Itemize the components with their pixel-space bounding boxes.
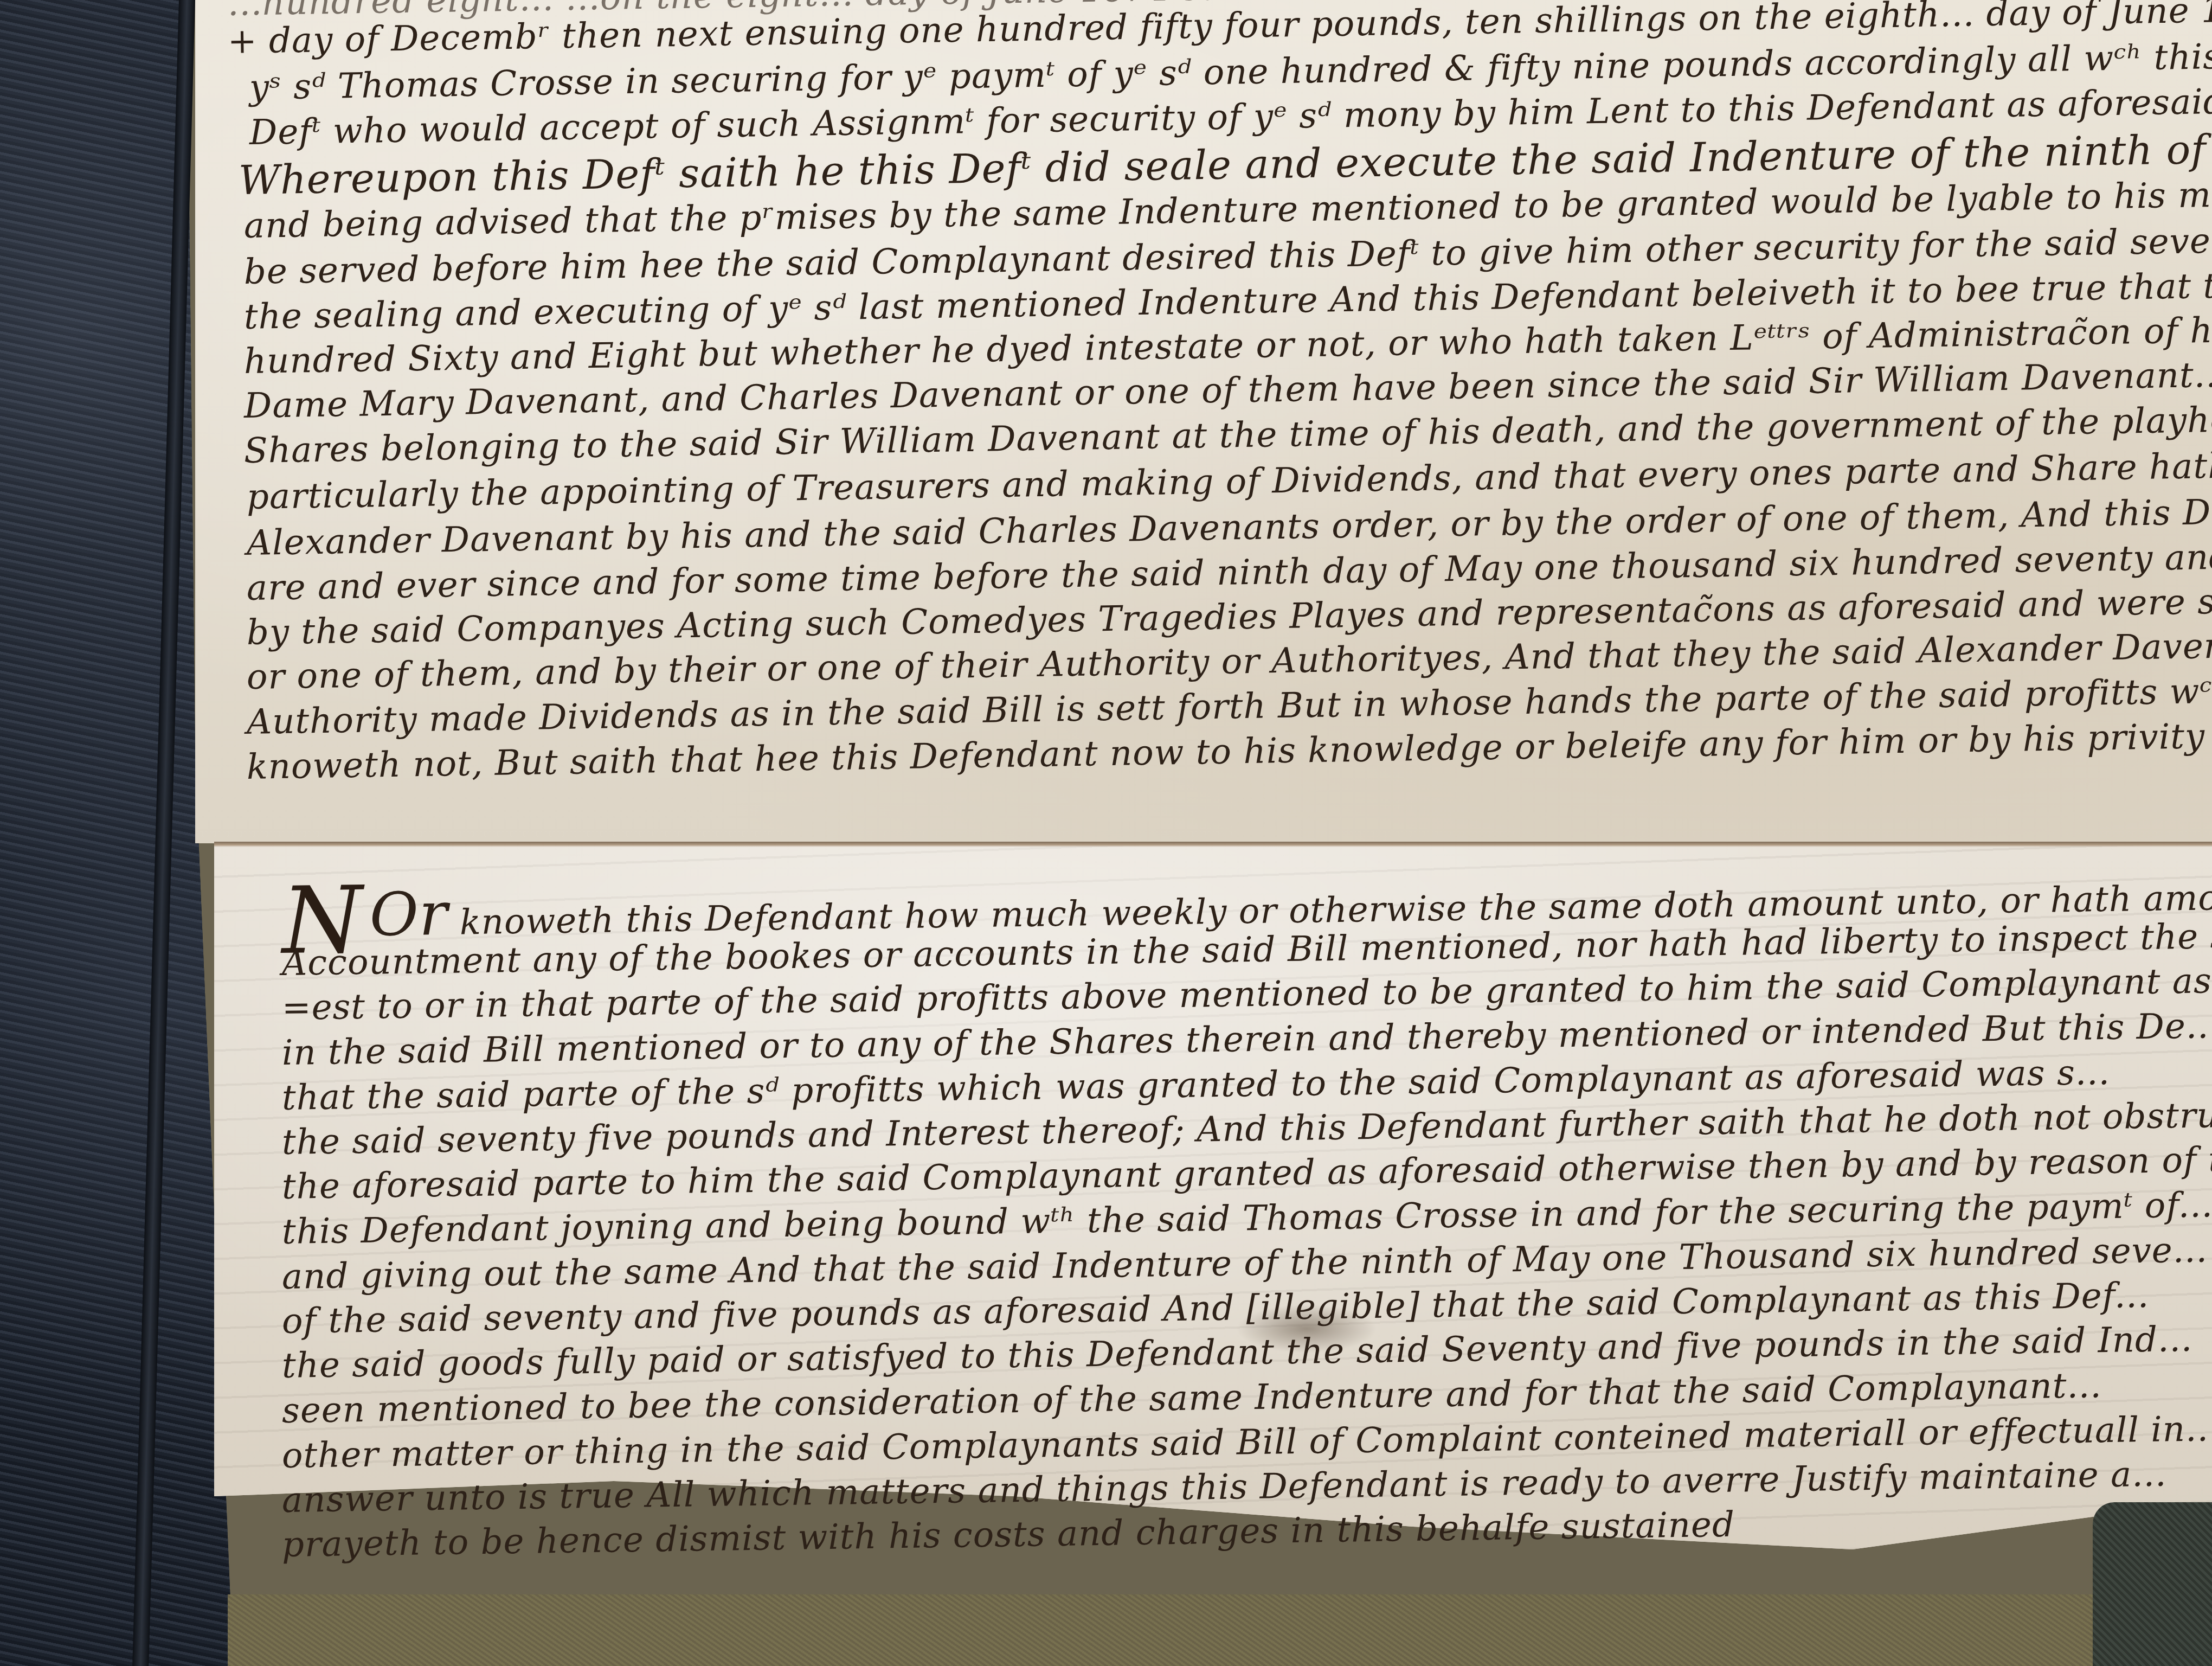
table-surface	[228, 1594, 2212, 1666]
cloth-strap-weight	[2093, 1502, 2212, 1666]
lead-word: Or	[369, 879, 449, 950]
